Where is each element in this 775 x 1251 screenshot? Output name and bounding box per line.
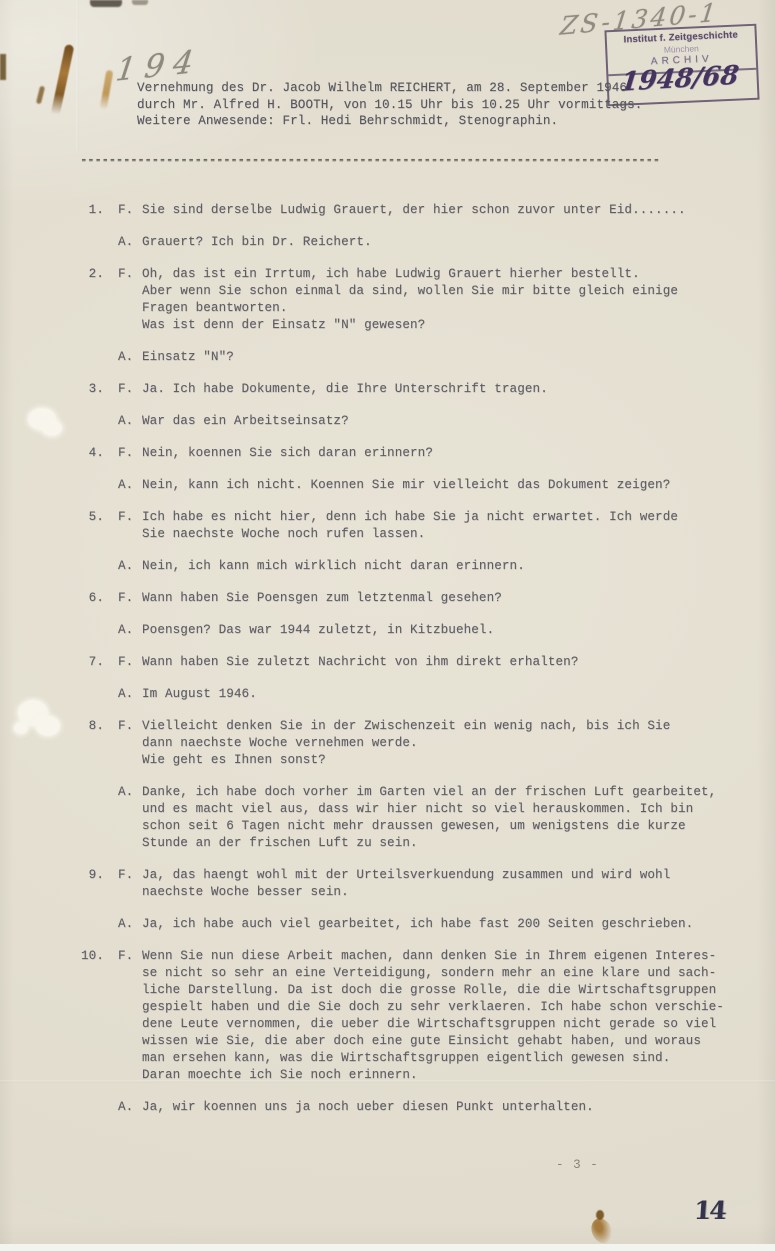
qa-item-1-answer: A. Grauert? Ich bin Dr. Reichert. [0,234,775,251]
handwritten-corner-mark: 14 [693,1196,726,1225]
qa-item-7-answer: A. Im August 1946. [0,686,775,703]
header-line-2: durch Mr. Alfred H. BOOTH, von 10.15 Uhr… [137,97,697,114]
qa-item-2-answer: A. Einsatz "N"? [0,349,775,366]
page-number: - 3 - [556,1158,599,1172]
qa-text: Wann haben Sie Poensgen zum letztenmal g… [142,590,742,607]
qa-text: Ja, das haengt wohl mit der Urteilsverku… [142,867,742,901]
qa-item-3-answer: A. War das ein Arbeitseinsatz? [0,413,775,430]
question-number: 8. [58,718,104,769]
qa-item-5-question: 5. F. Ich habe es nicht hier, denn ich h… [0,509,775,543]
qa-item-2-question: 2. F. Oh, das ist ein Irrtum, ich habe L… [0,266,775,334]
qa-text: Im August 1946. [142,686,742,703]
paper-stain [588,1216,615,1247]
qa-item-3-question: 3. F. Ja. Ich habe Dokumente, die Ihre U… [0,381,775,398]
speaker-label: A. [118,1099,142,1116]
qa-text: Einsatz "N"? [142,349,742,366]
question-number: 2. [58,266,104,334]
qa-item-9-answer: A. Ja, ich habe auch viel gearbeitet, ic… [0,916,775,933]
paper-crease [76,0,79,150]
qa-text: Ich habe es nicht hier, denn ich habe Si… [142,509,742,543]
qa-text: Nein, koennen Sie sich daran erinnern? [142,445,742,462]
speaker-label: F. [118,202,142,219]
speaker-label: A. [118,558,142,575]
speaker-label: F. [118,654,142,671]
speaker-label: A. [118,622,142,639]
rust-stain [51,44,75,116]
question-number: 1. [58,202,104,219]
question-number: 10. [58,948,104,1084]
scan-edge [0,1244,775,1251]
question-number [58,413,104,430]
paper-stain [596,1210,604,1220]
qa-text: Wenn Sie nun diese Arbeit machen, dann d… [142,948,742,1084]
speaker-label: F. [118,718,142,769]
speaker-label: A. [118,477,142,494]
question-number [58,1099,104,1116]
question-number [58,686,104,703]
qa-item-4-question: 4. F. Nein, koennen Sie sich daran erinn… [0,445,775,462]
qa-text: Vielleicht denken Sie in der Zwischenzei… [142,718,742,769]
qa-text: Nein, ich kann mich wirklich nicht daran… [142,558,742,575]
question-number: 9. [58,867,104,901]
qa-text: Poensgen? Das war 1944 zuletzt, in Kitzb… [142,622,742,639]
qa-item-4-answer: A. Nein, kann ich nicht. Koennen Sie mir… [0,477,775,494]
ink-smudge [90,0,122,7]
qa-text: War das ein Arbeitseinsatz? [142,413,742,430]
question-number [58,558,104,575]
speaker-label: A. [118,349,142,366]
qa-item-7-question: 7. F. Wann haben Sie zuletzt Nachricht v… [0,654,775,671]
question-number [58,784,104,852]
question-number [58,622,104,639]
qa-item-6-answer: A. Poensgen? Das war 1944 zuletzt, in Ki… [0,622,775,639]
qa-item-1-question: 1. F. Sie sind derselbe Ludwig Grauert, … [0,202,775,219]
speaker-label: A. [118,916,142,933]
qa-item-10-question: 10. F. Wenn Sie nun diese Arbeit machen,… [0,948,775,1084]
interrogation-transcript-page: 194 ZS-1340-1 Institut f. Zeitgeschichte… [0,0,775,1251]
qa-item-5-answer: A. Nein, ich kann mich wirklich nicht da… [0,558,775,575]
qa-text: Nein, kann ich nicht. Koennen Sie mir vi… [142,477,742,494]
qa-item-8-question: 8. F. Vielleicht denken Sie in der Zwisc… [0,718,775,769]
speaker-label: A. [118,234,142,251]
speaker-label: F. [118,266,142,334]
qa-text: Ja. Ich habe Dokumente, die Ihre Untersc… [142,381,742,398]
qa-item-6-question: 6. F. Wann haben Sie Poensgen zum letzte… [0,590,775,607]
rust-stain [36,86,45,105]
qa-item-8-answer: A. Danke, ich habe doch vorher im Garten… [0,784,775,852]
header-line-1: Vernehmung des Dr. Jacob Wilhelm REICHER… [137,80,697,97]
speaker-label: F. [118,445,142,462]
question-number: 5. [58,509,104,543]
speaker-label: F. [118,948,142,1084]
speaker-label: F. [118,867,142,901]
speaker-label: F. [118,509,142,543]
speaker-label: F. [118,590,142,607]
question-number [58,234,104,251]
question-number: 6. [58,590,104,607]
typed-divider-line: ----------------------------------------… [80,153,720,167]
question-number: 7. [58,654,104,671]
question-number [58,349,104,366]
qa-text: Ja, ich habe auch viel gearbeitet, ich h… [142,916,742,933]
qa-text: Danke, ich habe doch vorher im Garten vi… [142,784,742,852]
ink-smudge [132,0,148,5]
qa-item-9-question: 9. F. Ja, das haengt wohl mit der Urteil… [0,867,775,901]
header-line-3: Weitere Anwesende: Frl. Hedi Behrschmidt… [137,113,697,130]
speaker-label: A. [118,413,142,430]
rust-stain [100,70,114,111]
qa-text: Ja, wir koennen uns ja noch ueber diesen… [142,1099,742,1116]
rust-stain [0,54,6,80]
speaker-label: A. [118,784,142,852]
question-number: 4. [58,445,104,462]
question-number [58,916,104,933]
document-header: Vernehmung des Dr. Jacob Wilhelm REICHER… [137,80,697,130]
speaker-label: A. [118,686,142,703]
qa-text: Wann haben Sie zuletzt Nachricht von ihm… [142,654,742,671]
qa-text: Oh, das ist ein Irrtum, ich habe Ludwig … [142,266,742,334]
question-number [58,477,104,494]
speaker-label: F. [118,381,142,398]
qa-text: Grauert? Ich bin Dr. Reichert. [142,234,742,251]
qa-transcript: 1. F. Sie sind derselbe Ludwig Grauert, … [0,202,775,1131]
question-number: 3. [58,381,104,398]
qa-text: Sie sind derselbe Ludwig Grauert, der hi… [142,202,742,219]
qa-item-10-answer: A. Ja, wir koennen uns ja noch ueber die… [0,1099,775,1116]
